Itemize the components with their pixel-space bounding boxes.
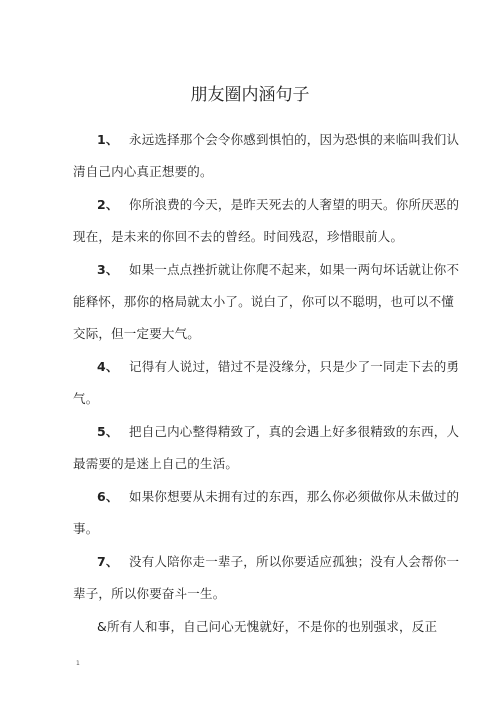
item-number: 7、 <box>97 552 129 570</box>
item-text: 把自己内心整得精致了，真的会遇上好多很精致的东西，人 <box>129 424 459 439</box>
trailing-paragraph: &所有人和事，自己问心无愧就好，不是你的也别强求，反正 <box>97 617 437 635</box>
item-text: 事。 <box>73 519 98 537</box>
page-number: 1 <box>76 660 80 667</box>
item-text: 辈子，所以你要奋斗一生。 <box>73 584 225 602</box>
item-text: 最需要的是迷上自己的生活。 <box>73 454 238 472</box>
document-title: 朋友圈内涵句子 <box>0 80 500 105</box>
item-text: 你所浪费的今天，是昨天死去的人奢望的明天。你所厌恶的 <box>129 197 459 212</box>
item-number: 3、 <box>97 260 129 278</box>
item-text: 记得有人说过，错过不是没缘分，只是少了一同走下去的勇 <box>129 359 459 374</box>
item-text: 没有人陪你走一辈子，所以你要适应孤独；没有人会帮你一 <box>129 554 459 569</box>
item-text: 如果你想要从未拥有过的东西，那么你必须做你从未做过的 <box>129 489 459 504</box>
item-number: 2、 <box>97 195 129 213</box>
item-number: 5、 <box>97 422 129 440</box>
item-text: 能释怀，那你的格局就太小了。说白了，你可以不聪明，也可以不懂 <box>73 292 454 310</box>
item-text: 现在，是未来的你回不去的曾经。时间残忍，珍惜眼前人。 <box>73 227 403 245</box>
item-number: 4、 <box>97 357 129 375</box>
item-number: 1、 <box>97 130 129 148</box>
item-text: 交际，但一定要大气。 <box>73 324 200 342</box>
item-text: 清自己内心真正想要的。 <box>73 162 213 180</box>
item-text: 气。 <box>73 389 98 407</box>
item-number: 6、 <box>97 487 129 505</box>
item-text: 如果一点点挫折就让你爬不起来，如果一两句坏话就让你不 <box>129 262 459 277</box>
item-text: 永远选择那个会令你感到惧怕的，因为恐惧的来临叫我们认 <box>129 132 459 147</box>
